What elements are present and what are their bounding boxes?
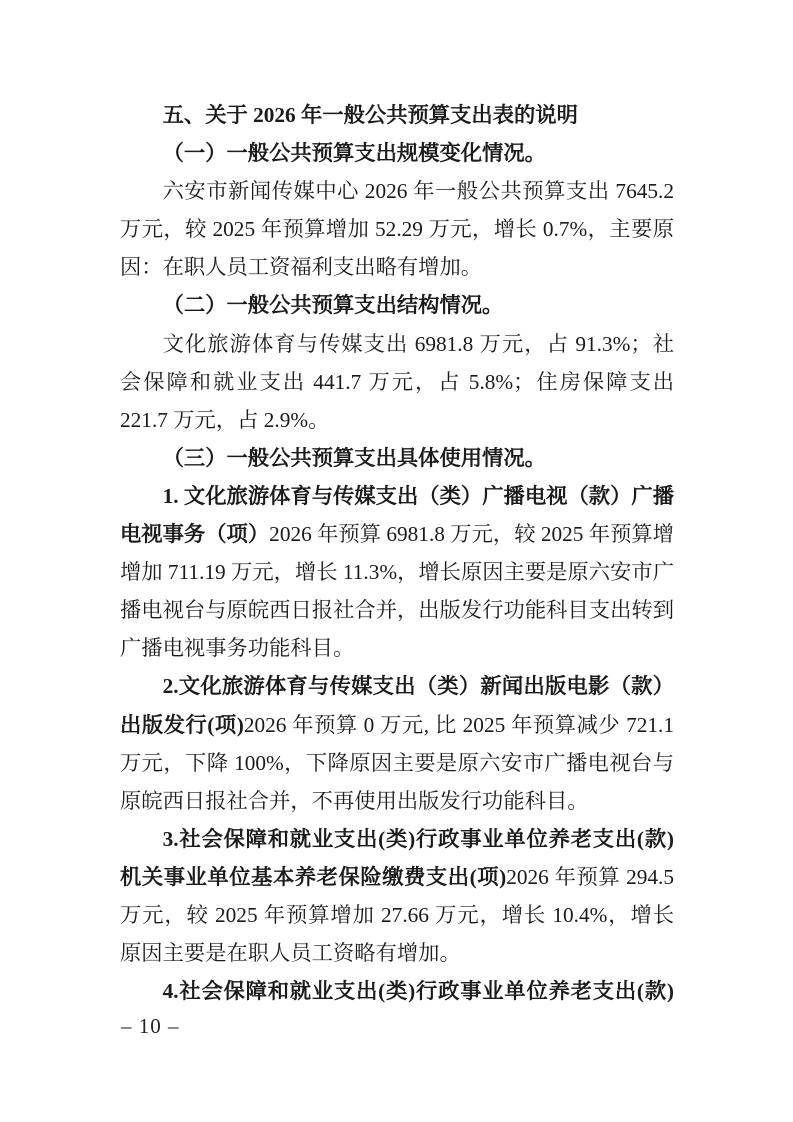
main-heading: 五、关于 2026 年一般公共预算支出表的说明 [120, 96, 674, 134]
budget-item-1: 1. 文化旅游体育与传媒支出（类）广播电视（款）广播电视事务（项）2026 年预… [120, 477, 674, 667]
budget-item-2: 2.文化旅游体育与传媒支出（类）新闻出版电影（款）出版发行(项)2026 年预算… [120, 667, 674, 819]
para-budget-scale: 六安市新闻传媒中心 2026 年一般公共预算支出 7645.2 万元，较 202… [120, 172, 674, 286]
para-budget-structure: 文化旅游体育与传媒支出 6981.8 万元，占 91.3%；社会保障和就业支出 … [120, 325, 674, 439]
subheading-3: （三）一般公共预算支出具体使用情况。 [120, 439, 674, 477]
budget-item-3: 3.社会保障和就业支出(类)行政事业单位养老支出(款)机关事业单位基本养老保险缴… [120, 820, 674, 972]
subheading-1: （一）一般公共预算支出规模变化情况。 [120, 134, 674, 172]
document-page: 五、关于 2026 年一般公共预算支出表的说明 （一）一般公共预算支出规模变化情… [0, 0, 793, 1122]
document-content: 五、关于 2026 年一般公共预算支出表的说明 （一）一般公共预算支出规模变化情… [120, 96, 674, 1010]
page-number: – 10 – [121, 1014, 180, 1038]
budget-item-4: 4.社会保障和就业支出(类)行政事业单位养老支出(款) [120, 972, 674, 1010]
subheading-2: （二）一般公共预算支出结构情况。 [120, 286, 674, 324]
budget-item-4-lead: 4.社会保障和就业支出(类)行政事业单位养老支出(款) [163, 979, 674, 1003]
